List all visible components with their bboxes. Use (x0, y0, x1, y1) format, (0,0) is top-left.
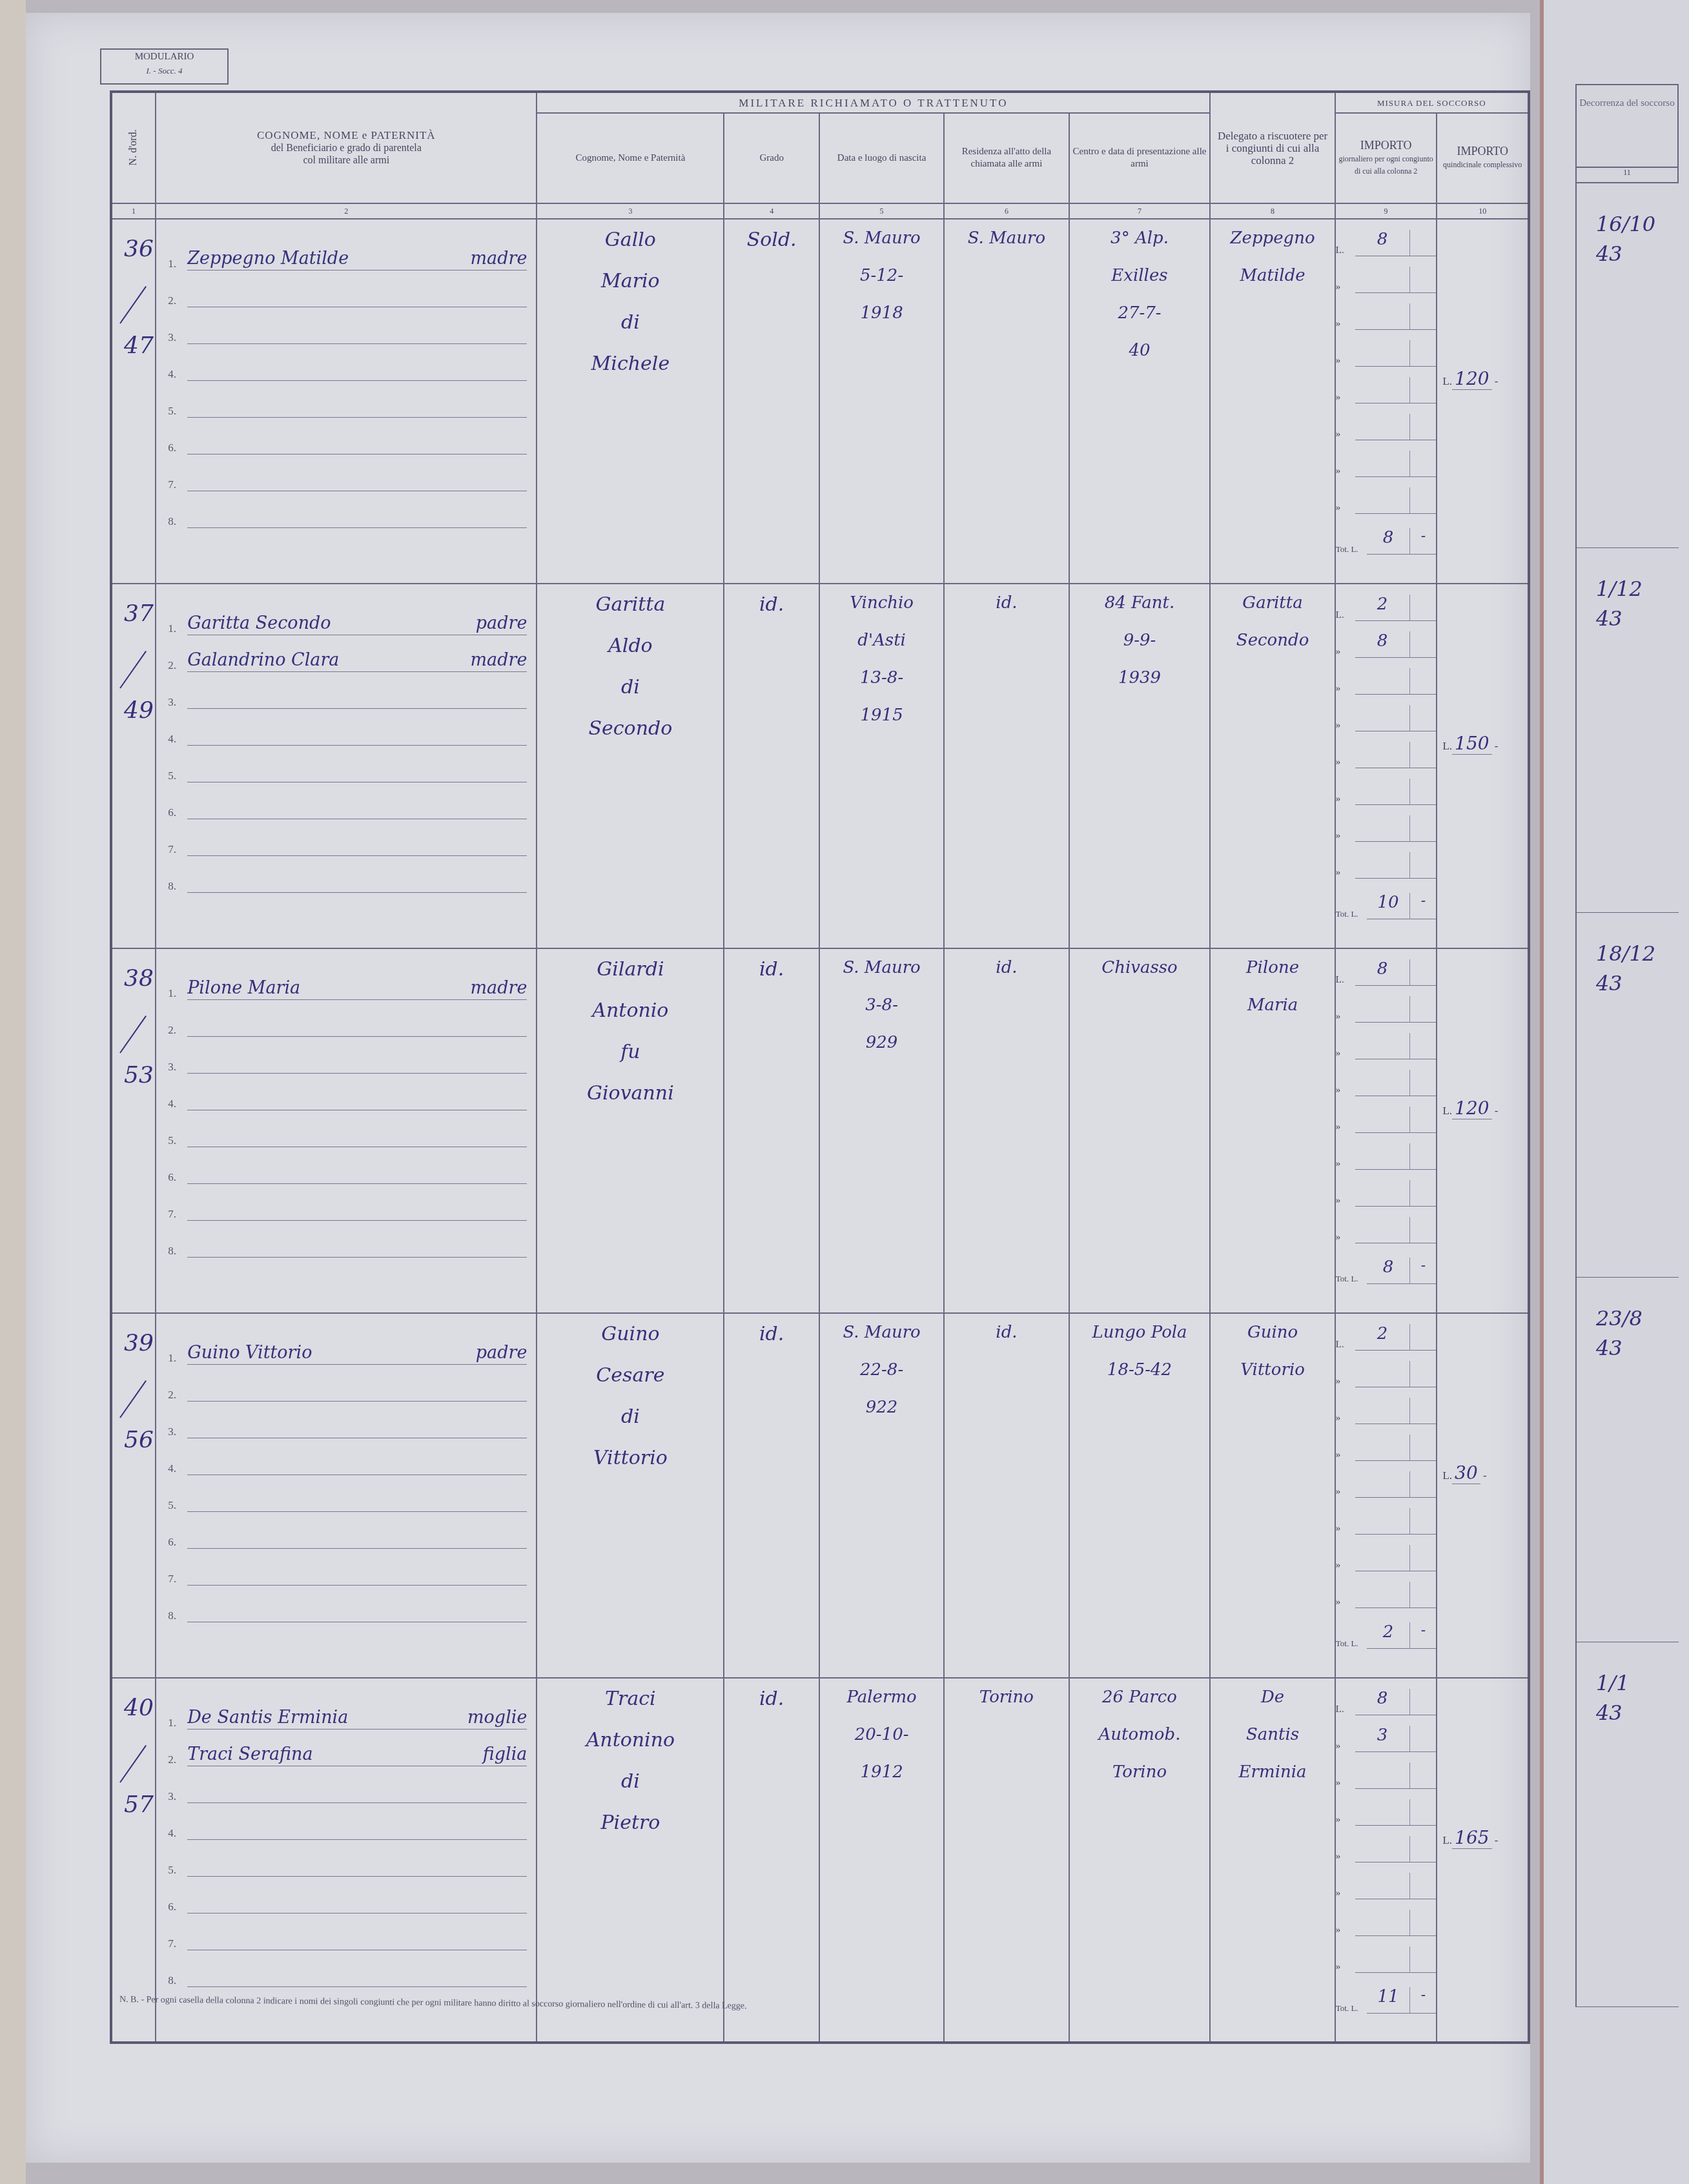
nascita-line: Palermo (820, 1679, 943, 1716)
delegato-line: Matilde (1211, 257, 1334, 294)
importo-quindicinale-cell: L.120 - (1437, 219, 1529, 584)
header-grado: Grado (724, 113, 819, 203)
beneficiary-relation: padre (476, 1343, 527, 1363)
importo-giornaliero-value (1355, 668, 1410, 695)
grado: id. (724, 584, 819, 626)
beneficiary-line: 5. (168, 1475, 527, 1512)
delegato-line: De (1211, 1679, 1334, 1716)
importo-quindicinale: 150 (1452, 733, 1491, 755)
centro-line: 26 Parco (1070, 1679, 1210, 1716)
importo-line: » (1336, 256, 1437, 293)
delegato-line: Pilone (1211, 949, 1334, 986)
beneficiary-line: 3. (168, 672, 527, 709)
residenza: Torino (945, 1679, 1068, 1716)
beneficiary-line: 8. (168, 856, 527, 893)
importo-giornaliero-value (1355, 1070, 1410, 1096)
decorrenza-entry: 1/1243 (1575, 548, 1679, 913)
importo-giornaliero-value: 3 (1355, 1726, 1410, 1752)
importo-giornaliero-value: 2 (1355, 1324, 1410, 1351)
ord-cell: 36 47 (111, 219, 156, 584)
beneficiary-line: 1. Garitta Secondo padre (168, 598, 527, 635)
colnum-1: 1 (111, 203, 156, 219)
importo-line: » (1336, 477, 1437, 514)
importo-line: » (1336, 658, 1437, 695)
importo-giornaliero-value (1355, 1873, 1410, 1899)
beneficiary-line: 8. (168, 1950, 527, 1987)
importo-line: » (1336, 695, 1437, 731)
centro-line: 9-9- (1070, 622, 1210, 659)
form-id-line1: MODULARIO (101, 50, 227, 64)
centro-line: 3° Alp. (1070, 219, 1210, 257)
delegato-cell: DeSantisErminia (1210, 1678, 1335, 2043)
importo-giornaliero-value (1355, 451, 1410, 477)
importo-line: » (1336, 440, 1437, 477)
importo-line: » (1336, 1023, 1437, 1059)
nascita-line: 929 (820, 1024, 943, 1061)
importo-line: » (1336, 1498, 1437, 1535)
importo-giornaliero-value (1355, 1545, 1410, 1571)
importo-quindicinale: 30 (1452, 1462, 1480, 1484)
ord-cell: 38 53 (111, 948, 156, 1313)
beneficiary-relation: madre (471, 650, 527, 670)
residenza-cell: id. (944, 584, 1069, 948)
nascita-line: 5-12- (820, 257, 943, 294)
colnum-4: 4 (724, 203, 819, 219)
beneficiari-cell: 1. Garitta Secondo padre 2. Galandrino C… (156, 584, 537, 948)
importo-line: L. 2 (1336, 584, 1437, 621)
beneficiary-relation: moglie (467, 1708, 527, 1728)
header-group-misura: MISURA DEL SOCCORSO (1335, 92, 1529, 113)
importo-line: » (1336, 1351, 1437, 1387)
importo-line: » (1336, 1059, 1437, 1096)
importo-giornaliero-value (1355, 996, 1410, 1023)
importo-quindicinale-cell: L.150 - (1437, 584, 1529, 948)
residenza: id. (945, 1314, 1068, 1351)
militare-line: Secondo (537, 708, 723, 750)
importo-line: » (1336, 1461, 1437, 1498)
nascita-line: S. Mauro (820, 219, 943, 257)
militare-line: Gallo (537, 219, 723, 261)
nascita-line: 1915 (820, 697, 943, 734)
importo-line: » (1336, 1424, 1437, 1461)
grado-cell: id. (724, 1678, 819, 2043)
delegato-line: Zeppegno (1211, 219, 1334, 257)
residenza: id. (945, 584, 1068, 622)
nascita-line: 1912 (820, 1753, 943, 1791)
importo-giornaliero-value: 8 (1355, 631, 1410, 658)
importo-giornaliero-value (1355, 487, 1410, 514)
beneficiary-line: 6. (168, 1147, 527, 1184)
centro-line: 27-7- (1070, 294, 1210, 332)
ord-cell: 37 49 (111, 584, 156, 948)
beneficiary-name: Traci Serafina (187, 1744, 312, 1764)
colnum-8: 8 (1210, 203, 1335, 219)
totale-giornaliero: 8 (1367, 528, 1410, 555)
centro-line: Exilles (1070, 257, 1210, 294)
beneficiary-name: Garitta Secondo (187, 613, 331, 633)
importo-line: » (1336, 1936, 1437, 1973)
header-nascita: Data e luogo di nascita (819, 113, 944, 203)
totale-line: Tot. L. 8 - (1336, 1247, 1437, 1284)
beneficiary-line: 5. (168, 1840, 527, 1877)
ord-from: 40 (124, 1695, 154, 1721)
ord-from: 39 (124, 1330, 154, 1356)
militare-line: Aldo (537, 626, 723, 667)
importo-line: » (1336, 1133, 1437, 1170)
nascita-line: 13-8- (820, 659, 943, 697)
importo-line: » (1336, 1571, 1437, 1608)
beneficiary-name: Pilone Maria (187, 978, 300, 998)
register-row: 36 47 1. Zeppegno Matilde madre 2. 3. 4. (111, 219, 1529, 584)
importo-giornaliero-value (1355, 1398, 1410, 1424)
colnum-3: 3 (537, 203, 724, 219)
importo-giornaliero-cell: L. 2 » 8 » » » » » » Tot. L. 10 (1335, 584, 1437, 948)
importo-line: L. 8 (1336, 1679, 1437, 1715)
importo-quindicinale-cell: L.120 - (1437, 948, 1529, 1313)
header-residenza: Residenza all'atto della chiamata alle a… (944, 113, 1069, 203)
centro-line: Lungo Pola (1070, 1314, 1210, 1351)
importo-line: » (1336, 367, 1437, 403)
ord-cell: 39 56 (111, 1313, 156, 1678)
ord-to: 47 (124, 332, 154, 359)
beneficiary-name: De Santis Erminia (187, 1708, 348, 1728)
importo-giornaliero-value (1355, 1107, 1410, 1133)
importo-giornaliero-value (1355, 1471, 1410, 1498)
militare-line: Pietro (537, 1802, 723, 1844)
beneficiary-line: 4. (168, 1803, 527, 1840)
beneficiary-line: 3. (168, 307, 527, 344)
importo-giornaliero-value (1355, 742, 1410, 768)
totale-giornaliero: 10 (1367, 893, 1410, 919)
importo-giornaliero-value: 2 (1355, 595, 1410, 621)
beneficiary-relation: padre (476, 613, 527, 633)
importo-giornaliero-value (1355, 303, 1410, 330)
importo-line: » (1336, 330, 1437, 367)
ord-to: 56 (124, 1427, 154, 1453)
beneficiary-line: 7. (168, 1549, 527, 1586)
militare-line: di (537, 302, 723, 343)
importo-line: L. 8 (1336, 219, 1437, 256)
militare-line: Giovanni (537, 1073, 723, 1114)
delegato-line: Garitta (1211, 584, 1334, 622)
beneficiary-line: 1. Pilone Maria madre (168, 963, 527, 1000)
nascita-cell: S. Mauro22-8-922 (819, 1313, 944, 1678)
militare-line: Gilardi (537, 949, 723, 990)
register-table: N. d'ord. COGNOME, NOME e PATERNITÀdel B… (110, 90, 1530, 2044)
grado: id. (724, 949, 819, 990)
importo-giornaliero-value (1355, 705, 1410, 731)
ord-to: 57 (124, 1791, 154, 1818)
importo-giornaliero-value (1355, 1836, 1410, 1863)
importo-giornaliero-value (1355, 779, 1410, 805)
importo-giornaliero-value: 8 (1355, 1689, 1410, 1715)
importo-giornaliero-value (1355, 1582, 1410, 1608)
importo-giornaliero-value (1355, 852, 1410, 879)
beneficiary-line: 6. (168, 782, 527, 819)
form-id-line2: I. - Socc. 4 (101, 64, 227, 78)
beneficiary-line: 3. (168, 1037, 527, 1074)
header-decorrenza: Decorrenza del soccorso (1575, 84, 1679, 168)
importo-line: » (1336, 731, 1437, 768)
delegato-line: Vittorio (1211, 1351, 1334, 1389)
importo-line: » (1336, 768, 1437, 805)
militare-line: Cesare (537, 1355, 723, 1396)
beneficiary-line: 4. (168, 344, 527, 381)
centro-line: Torino (1070, 1753, 1210, 1791)
colnum-11: 11 (1575, 168, 1679, 183)
importo-line: » (1336, 1899, 1437, 1936)
beneficiari-cell: 1. Zeppegno Matilde madre 2. 3. 4. 5. (156, 219, 537, 584)
ord-to: 49 (124, 697, 154, 724)
header-centro: Centro e data di presentazione alle armi (1069, 113, 1211, 203)
importo-giornaliero-value (1355, 377, 1410, 403)
nascita-line: S. Mauro (820, 1314, 943, 1351)
nascita-cell: Palermo20-10-1912 (819, 1678, 944, 2043)
delegato-line: Guino (1211, 1314, 1334, 1351)
delegato-line: Secondo (1211, 622, 1334, 659)
importo-giornaliero-value (1355, 1762, 1410, 1789)
beneficiary-line: 8. (168, 1586, 527, 1622)
importo-quindicinale-cell: L.165 - (1437, 1678, 1529, 2043)
ord-cell: 40 57 (111, 1678, 156, 2043)
header-importo-quindicinale: IMPORTOquindicinale complessivo (1437, 113, 1529, 203)
importo-line: » (1336, 1387, 1437, 1424)
importo-giornaliero-value (1355, 1180, 1410, 1207)
decorrenza-entry: 1/143 (1575, 1642, 1679, 2007)
delegato-line: Maria (1211, 986, 1334, 1024)
residenza-cell: id. (944, 948, 1069, 1313)
header-delegato: Delegato a riscuotere per i congiunti di… (1210, 92, 1335, 203)
beneficiary-line: 8. (168, 1221, 527, 1258)
header-militare-nome: Cognome, Nome e Paternità (537, 113, 724, 203)
importo-line: L. 2 (1336, 1314, 1437, 1351)
importo-giornaliero-cell: L. 8 » » » » » » » Tot. L. 8 (1335, 219, 1437, 584)
militare-cell: GilardiAntoniofuGiovanni (537, 948, 724, 1313)
beneficiary-line: 7. (168, 1914, 527, 1950)
grado: id. (724, 1679, 819, 1720)
grado-cell: id. (724, 584, 819, 948)
importo-line: » (1336, 1170, 1437, 1207)
delegato-cell: ZeppegnoMatilde (1210, 219, 1335, 584)
importo-line: » (1336, 1535, 1437, 1571)
colnum-2: 2 (156, 203, 537, 219)
ord-from: 36 (124, 236, 154, 262)
importo-giornaliero-cell: L. 8 » 3 » » » » » » Tot. L. 11 (1335, 1678, 1437, 2043)
beneficiary-line: 6. (168, 1877, 527, 1914)
grado: id. (724, 1314, 819, 1355)
importo-giornaliero-value: 8 (1355, 230, 1410, 256)
importo-giornaliero-value (1355, 414, 1410, 440)
beneficiary-line: 2. (168, 1000, 527, 1037)
importo-line: » 8 (1336, 621, 1437, 658)
delegato-line: Santis (1211, 1716, 1334, 1753)
beneficiary-line: 7. (168, 454, 527, 491)
beneficiary-line: 1. Zeppegno Matilde madre (168, 234, 527, 270)
register-row: 39 56 1. Guino Vittorio padre 2. 3. 4. (111, 1313, 1529, 1678)
beneficiary-line: 7. (168, 819, 527, 856)
colnum-9: 9 (1335, 203, 1437, 219)
residenza-cell: Torino (944, 1678, 1069, 2043)
beneficiary-line: 4. (168, 1074, 527, 1110)
beneficiari-cell: 1. Pilone Maria madre 2. 3. 4. 5. (156, 948, 537, 1313)
importo-quindicinale-cell: L.30 - (1437, 1313, 1529, 1678)
importo-line: » (1336, 805, 1437, 842)
nascita-line: 1918 (820, 294, 943, 332)
nascita-line: Vinchio (820, 584, 943, 622)
centro-line: 40 (1070, 332, 1210, 369)
beneficiary-relation: madre (471, 249, 527, 269)
importo-giornaliero-cell: L. 8 » » » » » » » Tot. L. 8 (1335, 948, 1437, 1313)
header-importo-giornaliero: IMPORTOgiornaliero per ogni congiunto di… (1335, 113, 1437, 203)
beneficiary-line: 5. (168, 381, 527, 418)
importo-line: » (1336, 1207, 1437, 1243)
beneficiary-relation: figlia (483, 1744, 527, 1764)
importo-quindicinale: 120 (1452, 1097, 1491, 1119)
importo-giornaliero-value: 8 (1355, 959, 1410, 986)
importo-line: » (1336, 986, 1437, 1023)
totale-line: Tot. L. 10 - (1336, 883, 1437, 919)
colnum-5: 5 (819, 203, 944, 219)
militare-line: Mario (537, 261, 723, 302)
beneficiari-cell: 1. Guino Vittorio padre 2. 3. 4. 5. (156, 1313, 537, 1678)
importo-giornaliero-value (1355, 340, 1410, 367)
nascita-line: 3-8- (820, 986, 943, 1024)
importo-giornaliero-value (1355, 1434, 1410, 1461)
colnum-6: 6 (944, 203, 1069, 219)
importo-line: » (1336, 1096, 1437, 1133)
militare-line: Garitta (537, 584, 723, 626)
centro-cell: 26 ParcoAutomob.Torino (1069, 1678, 1211, 2043)
militare-line: Guino (537, 1314, 723, 1355)
militare-line: Antonio (537, 990, 723, 1032)
beneficiary-relation: madre (471, 978, 527, 998)
delegato-cell: GarittaSecondo (1210, 584, 1335, 948)
importo-giornaliero-value (1355, 1946, 1410, 1973)
nascita-cell: S. Mauro3-8-929 (819, 948, 944, 1313)
militare-line: di (537, 1761, 723, 1802)
delegato-line: Erminia (1211, 1753, 1334, 1791)
colnum-10: 10 (1437, 203, 1529, 219)
delegato-cell: GuinoVittorio (1210, 1313, 1335, 1678)
nascita-cell: S. Mauro5-12-1918 (819, 219, 944, 584)
delegato-cell: PiloneMaria (1210, 948, 1335, 1313)
centro-line: 1939 (1070, 659, 1210, 697)
militare-line: Michele (537, 343, 723, 385)
beneficiary-line: 6. (168, 418, 527, 454)
ord-from: 38 (124, 965, 154, 992)
centro-line: Automob. (1070, 1716, 1210, 1753)
totale-giornaliero: 2 (1367, 1622, 1410, 1649)
grado-cell: id. (724, 948, 819, 1313)
nascita-line: 20-10- (820, 1716, 943, 1753)
importo-line: » (1336, 1752, 1437, 1789)
importo-giornaliero-value (1355, 1143, 1410, 1170)
militare-line: di (537, 1396, 723, 1438)
beneficiary-line: 2. (168, 270, 527, 307)
centro-cell: Lungo Pola18-5-42 (1069, 1313, 1211, 1678)
beneficiary-line: 4. (168, 1438, 527, 1475)
beneficiary-line: 1. De Santis Erminia moglie (168, 1693, 527, 1730)
grado: Sold. (724, 219, 819, 261)
colnum-7: 7 (1069, 203, 1211, 219)
ord-from: 37 (124, 600, 154, 627)
decorrenza-entry: 16/1043 (1575, 183, 1679, 548)
militare-line: Vittorio (537, 1438, 723, 1479)
nascita-line: 922 (820, 1389, 943, 1426)
importo-line: » (1336, 403, 1437, 440)
beneficiary-name: Zeppegno Matilde (187, 249, 349, 269)
beneficiary-line: 6. (168, 1512, 527, 1549)
residenza: id. (945, 949, 1068, 986)
beneficiary-line: 3. (168, 1766, 527, 1803)
beneficiary-line: 7. (168, 1184, 527, 1221)
importo-line: » (1336, 1789, 1437, 1826)
beneficiary-line: 1. Guino Vittorio padre (168, 1328, 527, 1365)
importo-line: L. 8 (1336, 949, 1437, 986)
ord-to: 53 (124, 1062, 154, 1088)
residenza: S. Mauro (945, 219, 1068, 257)
militare-cell: GuinoCesarediVittorio (537, 1313, 724, 1678)
beneficiary-line: 4. (168, 709, 527, 746)
residenza-cell: S. Mauro (944, 219, 1069, 584)
militare-cell: TraciAntoninodiPietro (537, 1678, 724, 2043)
importo-line: » 3 (1336, 1715, 1437, 1752)
beneficiary-line: 2. Galandrino Clara madre (168, 635, 527, 672)
importo-line: » (1336, 1826, 1437, 1863)
beneficiary-line: 5. (168, 746, 527, 782)
importo-giornaliero-value (1355, 1217, 1410, 1243)
militare-line: fu (537, 1032, 723, 1073)
centro-cell: Chivasso (1069, 948, 1211, 1313)
totale-line: Tot. L. 2 - (1336, 1612, 1437, 1649)
beneficiary-name: Galandrino Clara (187, 650, 339, 670)
militare-cell: GarittaAldodiSecondo (537, 584, 724, 948)
beneficiary-line: 2. (168, 1365, 527, 1402)
beneficiary-line: 2. Traci Serafina figlia (168, 1730, 527, 1766)
importo-giornaliero-cell: L. 2 » » » » » » » Tot. L. 2 (1335, 1313, 1437, 1678)
header-beneficiario: COGNOME, NOME e PATERNITÀdel Beneficiari… (156, 92, 537, 203)
beneficiary-line: 5. (168, 1110, 527, 1147)
beneficiary-line: 3. (168, 1402, 527, 1438)
beneficiary-line: 8. (168, 491, 527, 528)
importo-line: » (1336, 842, 1437, 879)
book-binding (0, 0, 26, 2184)
militare-line: Antonino (537, 1720, 723, 1761)
militare-cell: GalloMariodiMichele (537, 219, 724, 584)
grado-cell: Sold. (724, 219, 819, 584)
centro-line: 84 Fant. (1070, 584, 1210, 622)
importo-giornaliero-value (1355, 1033, 1410, 1059)
nascita-line: d'Asti (820, 622, 943, 659)
nascita-line: 22-8- (820, 1351, 943, 1389)
centro-cell: 3° Alp.Exilles27-7-40 (1069, 219, 1211, 584)
totale-line: Tot. L. 8 - (1336, 518, 1437, 555)
beneficiari-cell: 1. De Santis Erminia moglie 2. Traci Ser… (156, 1678, 537, 2043)
form-id-box: MODULARIO I. - Socc. 4 (100, 48, 229, 85)
totale-giornaliero: 8 (1367, 1258, 1410, 1284)
register-row: 37 49 1. Garitta Secondo padre 2. Galand… (111, 584, 1529, 948)
importo-giornaliero-value (1355, 1910, 1410, 1936)
decorrenza-entry: 18/1243 (1575, 913, 1679, 1278)
militare-line: Traci (537, 1679, 723, 1720)
importo-line: » (1336, 293, 1437, 330)
centro-line: 18-5-42 (1070, 1351, 1210, 1389)
importo-quindicinale: 120 (1452, 368, 1491, 390)
importo-giornaliero-value (1355, 267, 1410, 293)
beneficiary-name: Guino Vittorio (187, 1343, 312, 1363)
grado-cell: id. (724, 1313, 819, 1678)
nascita-cell: Vinchiod'Asti13-8-1915 (819, 584, 944, 948)
